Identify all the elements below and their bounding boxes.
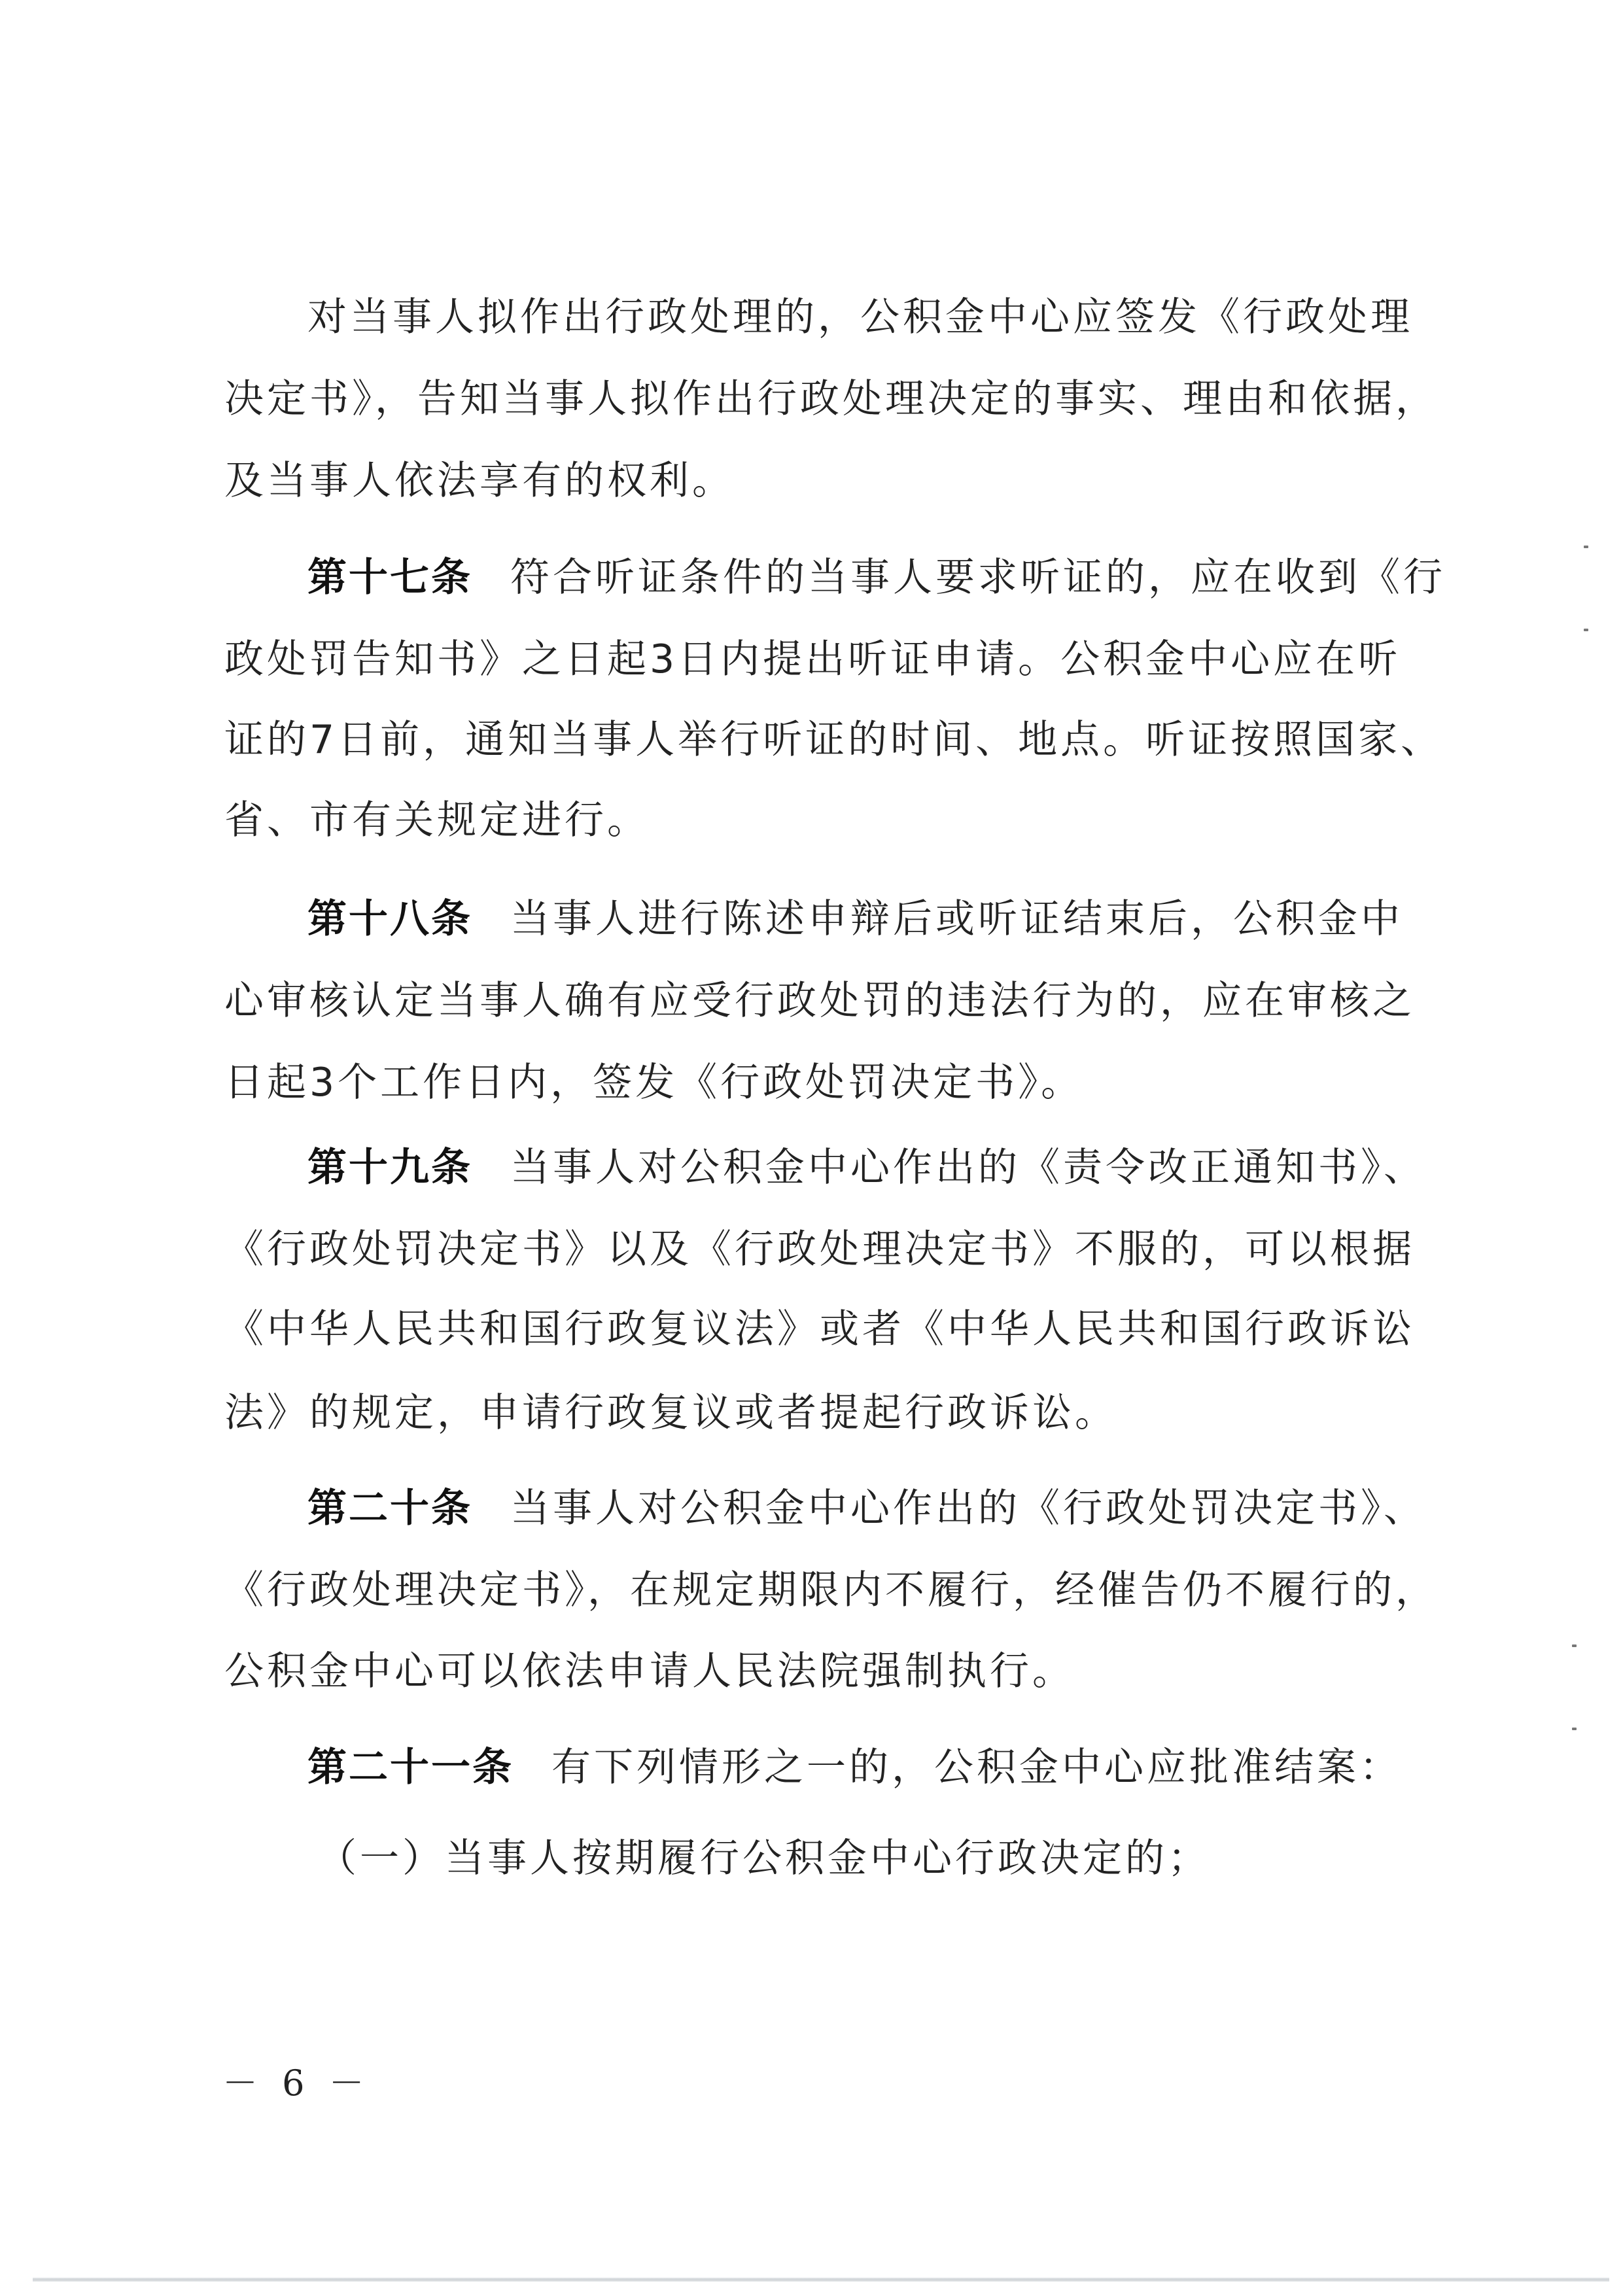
- article-text: 当事人对公积金中心作出的《责令改正通知书》、: [510, 1145, 1426, 1191]
- document-page: 对当事人拟作出行政处理的，公积金中心应签发《行政处理 决定书》，告知当事人拟作出…: [0, 0, 1623, 2296]
- paragraph-line: 及当事人依法享有的权利。: [224, 455, 1428, 507]
- page-number: － 6 －: [222, 2061, 371, 2106]
- article-label: 第十七条: [307, 555, 472, 600]
- article-17-first-line: 第十七条符合听证条件的当事人要求听证的，应在收到《行: [307, 551, 1428, 604]
- scan-mark: [1572, 1644, 1577, 1647]
- paragraph-line: 公积金中心可以依法申请人民法院强制执行。: [224, 1645, 1428, 1697]
- paragraph-line: 决定书》，告知当事人拟作出行政处理决定的事实、理由和依据，: [224, 373, 1428, 425]
- paragraph-line: 《行政处罚决定书》以及《行政处理决定书》不服的，可以根据: [224, 1223, 1428, 1276]
- article-21-first-line: 第二十一条有下列情形之一的，公积金中心应批准结案：: [307, 1741, 1428, 1794]
- article-text: 当事人进行陈述申辩后或听证结束后，公积金中: [510, 896, 1403, 942]
- article-18-first-line: 第十八条当事人进行陈述申辩后或听证结束后，公积金中: [307, 893, 1428, 945]
- article-label: 第二十条: [307, 1486, 472, 1531]
- paragraph-line: 《行政处理决定书》，在规定期限内不履行，经催告仍不履行的，: [224, 1564, 1428, 1616]
- paragraph-line: 对当事人拟作出行政处理的，公积金中心应签发《行政处理: [307, 291, 1428, 343]
- paragraph-line: 《中华人民共和国行政复议法》或者《中华人民共和国行政诉讼: [224, 1303, 1428, 1355]
- article-label: 第二十一条: [307, 1745, 514, 1790]
- article-20-first-line: 第二十条当事人对公积金中心作出的《行政处罚决定书》、: [307, 1482, 1428, 1535]
- scan-mark: [1584, 629, 1588, 631]
- paragraph-line: 省、市有关规定进行。: [224, 794, 1428, 846]
- paragraph-line: 证的7日前，通知当事人举行听证的时间、地点。听证按照国家、: [224, 714, 1428, 766]
- scan-edge-line: [33, 2278, 1609, 2282]
- paragraph-line: 心审核认定当事人确有应受行政处罚的违法行为的，应在审核之: [224, 975, 1428, 1027]
- scan-mark: [1572, 1728, 1577, 1730]
- paragraph-line: 日起3个工作日内，签发《行政处罚决定书》。: [224, 1056, 1428, 1109]
- article-text: 当事人对公积金中心作出的《行政处罚决定书》、: [510, 1486, 1426, 1531]
- article-text: 符合听证条件的当事人要求听证的，应在收到《行: [510, 555, 1446, 600]
- scan-mark: [1584, 546, 1588, 548]
- paragraph-line: 政处罚告知书》之日起3日内提出听证申请。公积金中心应在听: [224, 633, 1428, 686]
- list-item: （一）当事人按期履行公积金中心行政决定的；: [317, 1832, 1429, 1885]
- article-label: 第十九条: [307, 1145, 472, 1191]
- article-label: 第十八条: [307, 896, 472, 942]
- article-text: 有下列情形之一的，公积金中心应批准结案：: [551, 1745, 1402, 1790]
- article-19-first-line: 第十九条当事人对公积金中心作出的《责令改正通知书》、: [307, 1141, 1428, 1194]
- paragraph-line: 法》的规定，申请行政复议或者提起行政诉讼。: [224, 1387, 1428, 1439]
